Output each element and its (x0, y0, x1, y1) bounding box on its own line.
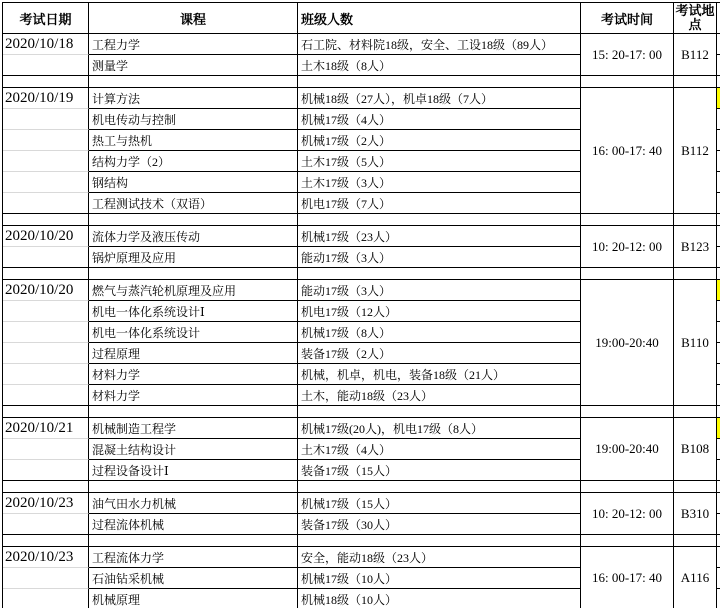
course-cell[interactable]: 材料力学 (89, 364, 298, 385)
separator-row (3, 406, 720, 418)
sep-location-cell[interactable] (674, 268, 717, 280)
course-cell[interactable]: 流体力学及液压传动 (89, 226, 298, 247)
class-size-cell[interactable]: 土木17级（4人） (298, 439, 581, 460)
schedule-row: 2020/10/19计算方法机械18级（27人），机卓18级（7人）16: 00… (3, 88, 720, 109)
class-size-cell[interactable]: 机械17级（8人） (298, 322, 581, 343)
sep-date-cell[interactable] (3, 268, 89, 280)
sep-date-cell[interactable] (3, 214, 89, 226)
schedule-row: 2020/10/23工程流体力学安全，能动18级（23人）16: 00-17: … (3, 547, 720, 568)
exam-location-cell[interactable]: B108 (674, 418, 717, 481)
exam-date-cell[interactable]: 2020/10/21 (3, 418, 89, 439)
exam-date-cell[interactable] (3, 385, 89, 406)
schedule-row: 2020/10/23油气田水力机械机械17级（15人）10: 20-12: 00… (3, 493, 720, 514)
class-size-cell[interactable]: 机械17级(20人)，机电17级（8人） (298, 418, 581, 439)
sep-time-cell[interactable] (581, 214, 674, 226)
exam-schedule-table: 考试日期 课程 班级人数 考试时间 考试地点 2020/10/18工程力学石工院… (2, 2, 720, 608)
course-cell[interactable]: 过程设备设计Ⅰ (89, 460, 298, 481)
course-cell[interactable]: 机电一体化系统设计Ⅰ (89, 301, 298, 322)
class-size-cell[interactable]: 机械17级（4人） (298, 109, 581, 130)
class-size-cell[interactable]: 石工院、材料院18级，安全、工设18级（89人） (298, 34, 581, 55)
column-header-exam-location[interactable]: 考试地点 (674, 3, 717, 34)
course-cell[interactable]: 测量学 (89, 55, 298, 76)
schedule-body: 2020/10/18工程力学石工院、材料院18级，安全、工设18级（89人）15… (3, 34, 720, 608)
sep-time-cell[interactable] (581, 481, 674, 493)
sep-course-cell[interactable] (89, 268, 298, 280)
sep-time-cell[interactable] (581, 535, 674, 547)
exam-date-cell[interactable]: 2020/10/19 (3, 88, 89, 109)
sep-date-cell[interactable] (3, 535, 89, 547)
class-size-cell[interactable]: 机械，机卓，机电，装备18级（21人） (298, 364, 581, 385)
exam-date-cell[interactable] (3, 301, 89, 322)
sep-course-cell[interactable] (89, 76, 298, 88)
separator-row (3, 214, 720, 226)
class-size-cell[interactable]: 机械17级（23人） (298, 226, 581, 247)
schedule-row: 2020/10/20燃气与蒸汽轮机原理及应用能动17级（3人）19:00-20:… (3, 280, 720, 301)
class-size-cell[interactable]: 装备17级（30人） (298, 514, 581, 535)
class-size-cell[interactable]: 安全，能动18级（23人） (298, 547, 581, 568)
sep-class-size-cell[interactable] (298, 406, 581, 418)
exam-date-cell[interactable] (3, 439, 89, 460)
course-cell[interactable]: 锅炉原理及应用 (89, 247, 298, 268)
exam-date-cell[interactable] (3, 193, 89, 214)
exam-location-cell[interactable]: B123 (674, 226, 717, 268)
sep-class-size-cell[interactable] (298, 214, 581, 226)
exam-date-cell[interactable] (3, 151, 89, 172)
sep-location-cell[interactable] (674, 535, 717, 547)
course-cell[interactable]: 过程原理 (89, 343, 298, 364)
sep-location-cell[interactable] (674, 406, 717, 418)
column-header-exam-date[interactable]: 考试日期 (3, 3, 89, 34)
column-header-course[interactable]: 课程 (89, 3, 298, 34)
course-cell[interactable]: 机电传动与控制 (89, 109, 298, 130)
exam-date-cell[interactable]: 2020/10/18 (3, 34, 89, 55)
sep-course-cell[interactable] (89, 214, 298, 226)
exam-date-cell[interactable]: 2020/10/23 (3, 547, 89, 568)
exam-date-cell[interactable]: 2020/10/23 (3, 493, 89, 514)
exam-time-cell[interactable]: 15: 20-17: 00 (581, 34, 674, 76)
sep-date-cell[interactable] (3, 481, 89, 493)
exam-location-cell[interactable]: B110 (674, 280, 717, 406)
separator-row (3, 76, 720, 88)
exam-date-cell[interactable] (3, 109, 89, 130)
exam-date-cell[interactable] (3, 343, 89, 364)
sep-class-size-cell[interactable] (298, 268, 581, 280)
class-size-cell[interactable]: 机电17级（7人） (298, 193, 581, 214)
sep-location-cell[interactable] (674, 481, 717, 493)
header-row: 考试日期 课程 班级人数 考试时间 考试地点 (3, 3, 720, 34)
course-cell[interactable]: 石油钻采机械 (89, 568, 298, 589)
class-size-cell[interactable]: 装备17级（15人） (298, 460, 581, 481)
exam-time-cell[interactable]: 19:00-20:40 (581, 418, 674, 481)
sep-time-cell[interactable] (581, 268, 674, 280)
sep-class-size-cell[interactable] (298, 76, 581, 88)
course-cell[interactable]: 工程测试技术（双语） (89, 193, 298, 214)
class-size-cell[interactable]: 机电17级（12人） (298, 301, 581, 322)
exam-time-cell[interactable]: 16: 00-17: 40 (581, 547, 674, 608)
course-cell[interactable]: 混凝土结构设计 (89, 439, 298, 460)
schedule-row: 2020/10/21机械制造工程学机械17级(20人)，机电17级（8人）19:… (3, 418, 720, 439)
exam-date-cell[interactable] (3, 460, 89, 481)
course-cell[interactable]: 结构力学（2） (89, 151, 298, 172)
exam-location-cell[interactable]: B112 (674, 88, 717, 214)
separator-row (3, 535, 720, 547)
class-size-cell[interactable]: 土木17级（3人） (298, 172, 581, 193)
sep-course-cell[interactable] (89, 535, 298, 547)
class-size-cell[interactable]: 土木17级（5人） (298, 151, 581, 172)
course-cell[interactable]: 燃气与蒸汽轮机原理及应用 (89, 280, 298, 301)
exam-date-cell[interactable] (3, 322, 89, 343)
column-header-exam-time[interactable]: 考试时间 (581, 3, 674, 34)
exam-date-cell[interactable] (3, 130, 89, 151)
sep-time-cell[interactable] (581, 406, 674, 418)
course-cell[interactable]: 计算方法 (89, 88, 298, 109)
course-cell[interactable]: 油气田水力机械 (89, 493, 298, 514)
class-size-cell[interactable]: 装备17级（2人） (298, 343, 581, 364)
class-size-cell[interactable]: 能动17级（3人） (298, 280, 581, 301)
exam-time-cell[interactable]: 10: 20-12: 00 (581, 493, 674, 535)
exam-date-cell[interactable] (3, 364, 89, 385)
sep-course-cell[interactable] (89, 481, 298, 493)
sep-location-cell[interactable] (674, 76, 717, 88)
sep-date-cell[interactable] (3, 406, 89, 418)
course-cell[interactable]: 热工与热机 (89, 130, 298, 151)
sep-date-cell[interactable] (3, 76, 89, 88)
sep-time-cell[interactable] (581, 76, 674, 88)
class-size-cell[interactable]: 机械17级（2人） (298, 130, 581, 151)
exam-date-cell[interactable] (3, 568, 89, 589)
course-cell[interactable]: 工程流体力学 (89, 547, 298, 568)
class-size-cell[interactable]: 机械17级（15人） (298, 493, 581, 514)
class-size-cell[interactable]: 能动17级（3人） (298, 247, 581, 268)
exam-date-cell[interactable] (3, 247, 89, 268)
exam-date-cell[interactable] (3, 172, 89, 193)
exam-date-cell[interactable] (3, 55, 89, 76)
exam-location-cell[interactable]: B310 (674, 493, 717, 535)
course-cell[interactable]: 机电一体化系统设计 (89, 322, 298, 343)
sep-class-size-cell[interactable] (298, 481, 581, 493)
sep-class-size-cell[interactable] (298, 535, 581, 547)
exam-date-cell[interactable] (3, 514, 89, 535)
column-header-class-size[interactable]: 班级人数 (298, 3, 581, 34)
class-size-cell[interactable]: 土木18级（8人） (298, 55, 581, 76)
schedule-row: 2020/10/20流体力学及液压传动机械17级（23人）10: 20-12: … (3, 226, 720, 247)
sep-course-cell[interactable] (89, 406, 298, 418)
course-cell[interactable]: 工程力学 (89, 34, 298, 55)
exam-time-cell[interactable]: 19:00-20:40 (581, 280, 674, 406)
class-size-cell[interactable]: 机械17级（10人） (298, 568, 581, 589)
course-cell[interactable]: 材料力学 (89, 385, 298, 406)
class-size-cell[interactable]: 土木，能动18级（23人） (298, 385, 581, 406)
exam-date-cell[interactable]: 2020/10/20 (3, 226, 89, 247)
exam-location-cell[interactable]: B112 (674, 34, 717, 76)
course-cell[interactable]: 钢结构 (89, 172, 298, 193)
class-size-cell[interactable]: 机械18级（10人） (298, 589, 581, 608)
separator-row (3, 268, 720, 280)
class-size-cell[interactable]: 机械18级（27人），机卓18级（7人） (298, 88, 581, 109)
exam-date-cell[interactable] (3, 589, 89, 608)
exam-time-cell[interactable]: 16: 00-17: 40 (581, 88, 674, 214)
course-cell[interactable]: 机械制造工程学 (89, 418, 298, 439)
schedule-row: 2020/10/18工程力学石工院、材料院18级，安全、工设18级（89人）15… (3, 34, 720, 55)
exam-time-cell[interactable]: 10: 20-12: 00 (581, 226, 674, 268)
course-cell[interactable]: 过程流体机械 (89, 514, 298, 535)
exam-date-cell[interactable]: 2020/10/20 (3, 280, 89, 301)
sep-location-cell[interactable] (674, 214, 717, 226)
separator-row (3, 481, 720, 493)
exam-location-cell[interactable]: A116 (674, 547, 717, 608)
course-cell[interactable]: 机械原理 (89, 589, 298, 608)
